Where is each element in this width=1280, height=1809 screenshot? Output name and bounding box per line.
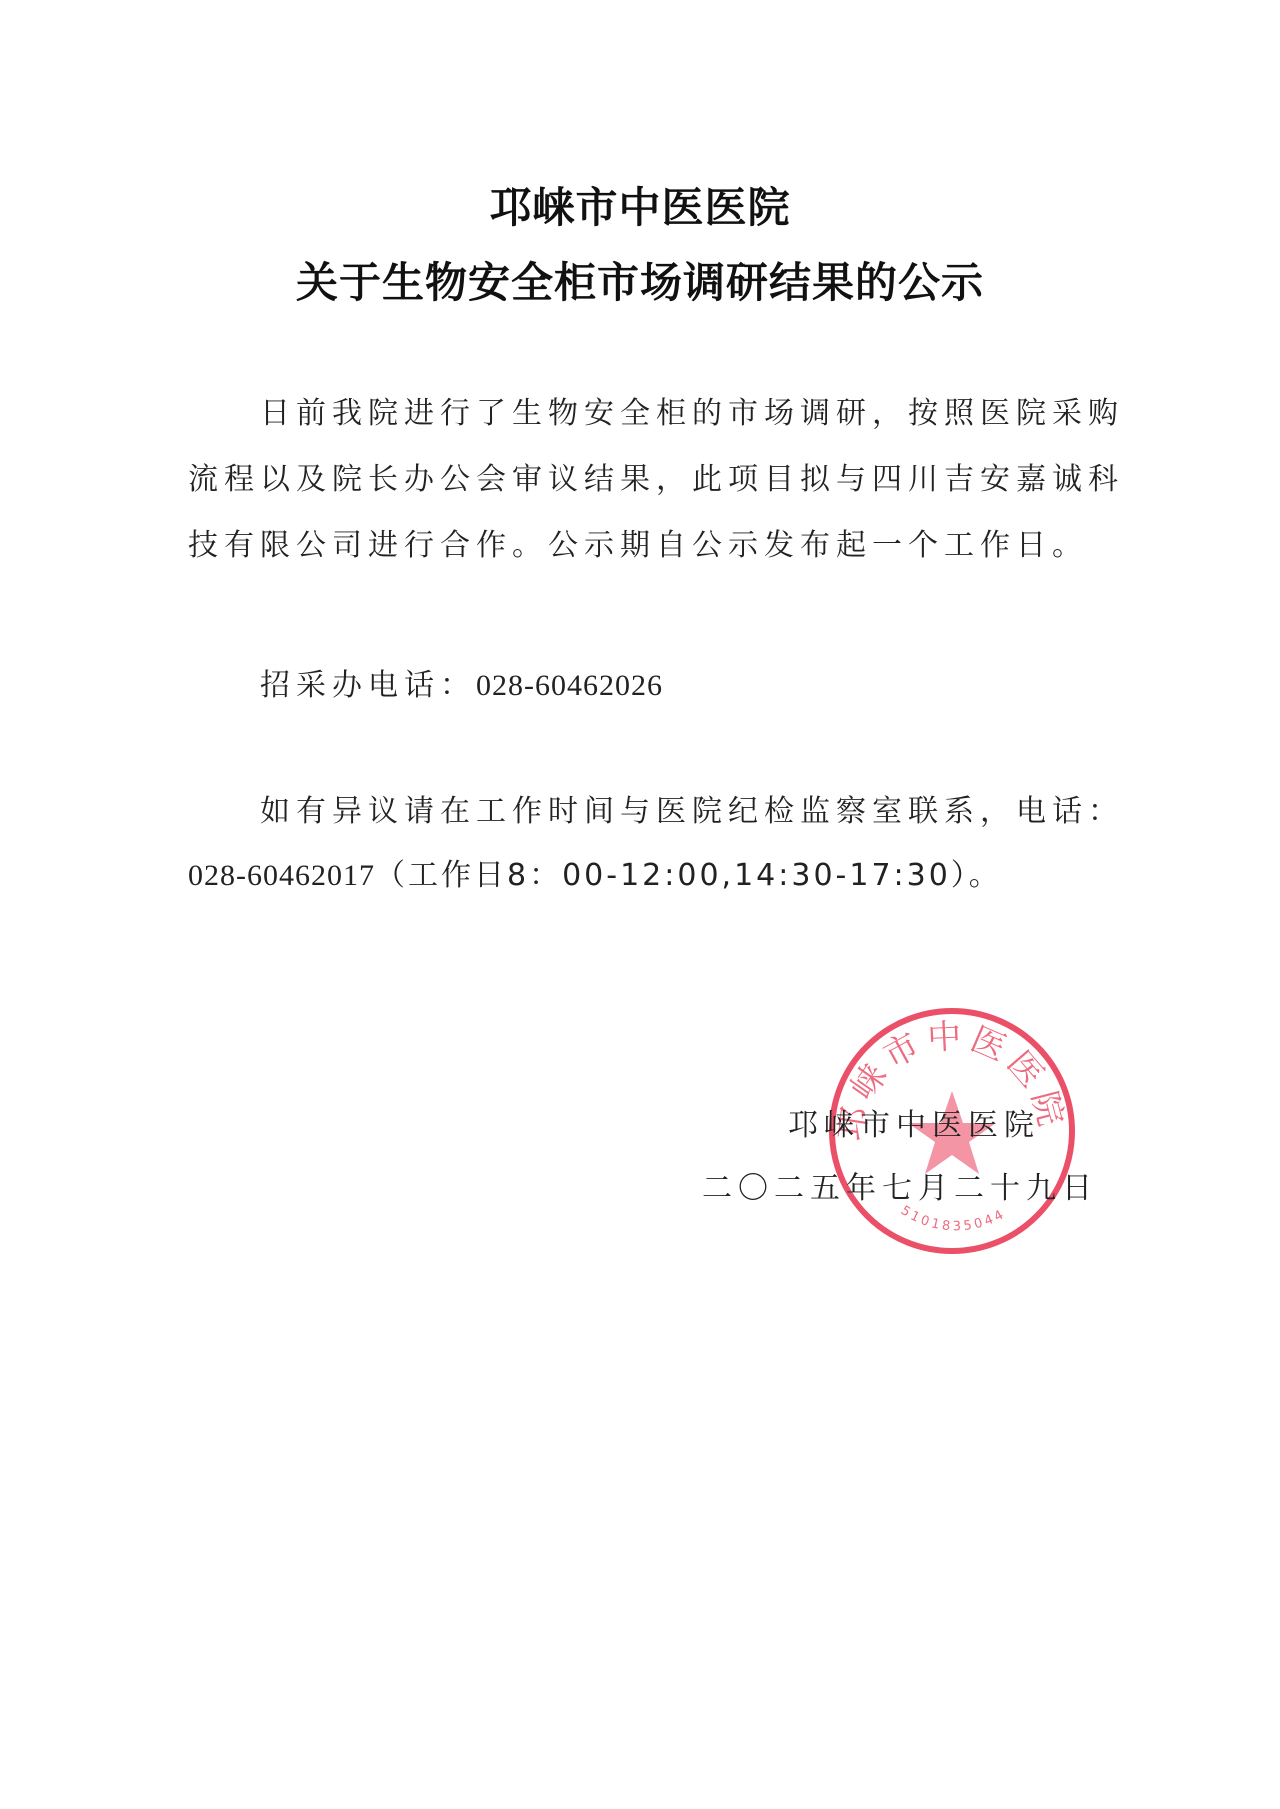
office-hours: （工作日8：00-12:00,14:30-17:30）。: [375, 858, 1002, 893]
procurement-contact-label: 招采办电话：: [260, 668, 476, 703]
signature-date: 二〇二五年七月二十九日: [702, 1163, 1098, 1207]
signature-organization: 邛崃市中医医院: [788, 1100, 1040, 1144]
document-title-subject: 关于生物安全柜市场调研结果的公示: [0, 250, 1280, 310]
procurement-phone: 028-60462026: [476, 669, 663, 702]
document-page: 邛崃市中医医院 关于生物安全柜市场调研结果的公示 日前我院进行了生物安全柜的市场…: [0, 0, 1280, 1809]
procurement-contact-line: 招采办电话：028-60462026: [260, 660, 663, 704]
discipline-office-phone: 028-60462017: [188, 859, 375, 892]
paragraph-line-3: 技有限公司进行合作。公示期自公示发布起一个工作日。: [188, 520, 1088, 564]
announcement-paragraph: 日前我院进行了生物安全柜的市场调研，按照医院采购 流程以及院长办公会审议结果，此…: [188, 388, 1088, 588]
document-title-organization: 邛崃市中医医院: [0, 175, 1280, 235]
objection-line-2: 028-60462017（工作日8：00-12:00,14:30-17:30）。: [188, 850, 1002, 894]
procurement-contact: 招采办电话：028-60462026: [188, 660, 1088, 710]
paragraph-line-1: 日前我院进行了生物安全柜的市场调研，按照医院采购: [260, 388, 1124, 432]
svg-text:5101835044: 5101835044: [898, 1203, 1009, 1234]
objection-line-1: 如有异议请在工作时间与医院纪检监察室联系，电话：: [260, 786, 1124, 830]
paragraph-line-2: 流程以及院长办公会审议结果，此项目拟与四川吉安嘉诚科: [188, 454, 1124, 498]
objection-notice: 如有异议请在工作时间与医院纪检监察室联系，电话： 028-60462017（工作…: [188, 786, 1088, 906]
